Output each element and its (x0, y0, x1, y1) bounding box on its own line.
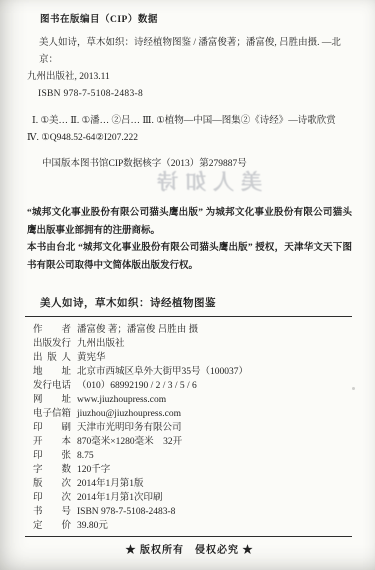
colophon-row-value: jiuzhou@jiuzhoupress.com (77, 407, 352, 421)
copyright-footer: ★ 版权所有 侵权必究 ★ (27, 542, 352, 559)
colophon-row: 电子信箱 jiuzhou@jiuzhoupress.com (33, 407, 352, 421)
divider-bottom (25, 536, 352, 537)
page-content: 图书在版编目（CIP）数据 美人如诗，草木如织：诗经植物图鉴 / 潘富俊著；潘富… (27, 0, 352, 559)
colophon-row-value: 黄宪华 (77, 351, 352, 365)
book-title: 美人如诗，草木如织：诗经植物图鉴 (27, 295, 352, 312)
colophon-row-label: 电子信箱 (33, 407, 71, 421)
trademark-notice-paragraph: 本书由台北 “城邦文化事业股份有限公司猫头鹰出版” 授权，天津华文天下图书有限公… (27, 240, 352, 275)
colophon-row-value: 120千字 (77, 463, 352, 477)
colophon-row-label: 网址 (33, 393, 71, 407)
colophon-row: 出版人 黄宪华 (33, 351, 352, 365)
colophon-row-value: 2014年1月第1版 (77, 477, 352, 491)
cip-classification-line: Ⅳ. ①Q948.52-64②I207.222 (27, 130, 352, 147)
cip-header: 图书在版编目（CIP）数据 (27, 12, 352, 29)
colophon-row-value: 2014年1月第1次印刷 (77, 491, 352, 505)
colophon-row-value: 8.75 (77, 449, 352, 463)
colophon-row: 定价 39.80元 (33, 519, 352, 533)
colophon-row: 地址 北京市西城区阜外大街甲35号（100037） (33, 365, 352, 379)
colophon-row: 印次 2014年1月第1次印刷 (33, 491, 352, 505)
colophon-row-label: 印次 (33, 491, 71, 505)
cip-description: 美人如诗，草木如织：诗经植物图鉴 / 潘富俊著；潘富俊, 吕胜由摄. —北京： … (27, 35, 352, 86)
colophon-row-value: （010）68992190 / 2 / 3 / 5 / 6 (77, 379, 352, 393)
colophon-row: 发行电话 （010）68992190 / 2 / 3 / 5 / 6 (33, 379, 352, 393)
colophon-row-label: 开本 (33, 435, 71, 449)
colophon-row: 作者 潘富俊 著；潘富俊 吕胜由 摄 (33, 323, 352, 337)
cip-description-line: 美人如诗，草木如织：诗经植物图鉴 / 潘富俊著；潘富俊, 吕胜由摄. —北京： (27, 35, 352, 69)
colophon-row-value: 潘富俊 著；潘富俊 吕胜由 摄 (77, 323, 352, 337)
colophon-row-label: 作者 (33, 323, 71, 337)
trademark-notice-paragraph: “城邦文化事业股份有限公司猫头鹰出版” 为城邦文化事业股份有限公司猫头鹰出版事业… (27, 205, 352, 240)
colophon-row: 网址 www.jiuzhoupress.com (33, 393, 352, 407)
book-copyright-page: 美人如诗 图书在版编目（CIP）数据 美人如诗，草木如织：诗经植物图鉴 / 潘富… (0, 0, 375, 570)
cip-record-number: 中国版本图书馆CIP数据核字（2013）第279887号 (27, 156, 352, 173)
divider-top (25, 316, 352, 317)
cip-classification: Ⅰ. ①美… Ⅱ. ①潘… ②吕… Ⅲ. ①植物—中国—图集②《诗经》—诗歌欣赏… (27, 113, 352, 147)
colophon-row-label: 出版发行 (33, 337, 71, 351)
trademark-notice: “城邦文化事业股份有限公司猫头鹰出版” 为城邦文化事业股份有限公司猫头鹰出版事业… (27, 205, 352, 275)
colophon-row-value: www.jiuzhoupress.com (77, 393, 352, 407)
cip-classification-line: Ⅰ. ①美… Ⅱ. ①潘… ②吕… Ⅲ. ①植物—中国—图集②《诗经》—诗歌欣赏 (27, 113, 352, 130)
colophon-row-label: 地址 (33, 365, 71, 379)
colophon-row-label: 书号 (33, 505, 71, 519)
colophon-row-label: 发行电话 (33, 379, 71, 393)
colophon-row: 印张 8.75 (33, 449, 352, 463)
scan-artifact-dot (352, 387, 355, 390)
colophon-row-value: ISBN 978-7-5108-2483-8 (77, 505, 352, 519)
cip-description-line: 九州出版社, 2013.11 (27, 69, 352, 86)
colophon-row: 书号 ISBN 978-7-5108-2483-8 (33, 505, 352, 519)
colophon-row-label: 印张 (33, 449, 71, 463)
colophon-row-value: 北京市西城区阜外大街甲35号（100037） (77, 365, 352, 379)
colophon-row: 出版发行 九州出版社 (33, 337, 352, 351)
colophon-row-label: 印刷 (33, 421, 71, 435)
colophon-row-value: 39.80元 (77, 519, 352, 533)
colophon-table: 作者 潘富俊 著；潘富俊 吕胜由 摄 出版发行 九州出版社 出版人 黄宪华 地址… (27, 323, 352, 533)
cip-isbn: ISBN 978-7-5108-2483-8 (27, 86, 352, 103)
colophon-row-value: 天津市光明印务有限公司 (77, 421, 352, 435)
colophon-row-label: 字数 (33, 463, 71, 477)
colophon-row-value: 870毫米×1280毫米 32开 (77, 435, 352, 449)
colophon-row: 开本 870毫米×1280毫米 32开 (33, 435, 352, 449)
colophon-row-label: 出版人 (33, 351, 71, 365)
colophon-row-value: 九州出版社 (77, 337, 352, 351)
colophon-row: 版次 2014年1月第1版 (33, 477, 352, 491)
colophon-row-label: 版次 (33, 477, 71, 491)
colophon-row: 字数 120千字 (33, 463, 352, 477)
colophon-row: 印刷 天津市光明印务有限公司 (33, 421, 352, 435)
colophon-row-label: 定价 (33, 519, 71, 533)
